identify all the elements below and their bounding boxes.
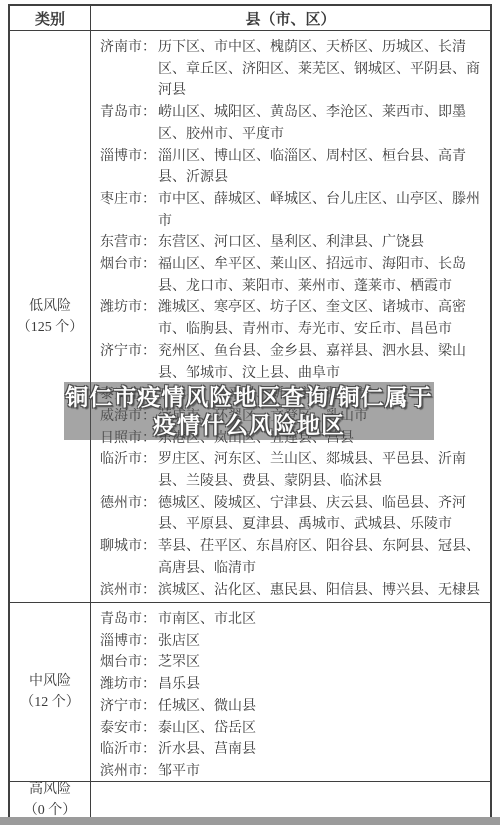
city-row: 东营市：东营区、河口区、垦利区、利津县、广饶县 [100, 232, 484, 254]
city-name: 枣庄市： [100, 189, 158, 211]
watermark-overlay: 铜仁市疫情风险地区查询/铜仁属于 疫情什么风险地区 [64, 382, 434, 440]
city-row: 枣庄市：市中区、薛城区、峄城区、台儿庄区、山亭区、滕州市 [100, 189, 484, 232]
city-row: 青岛市：市南区、市北区 [100, 609, 484, 631]
county-list: 芝罘区 [158, 652, 484, 674]
county-list: 淄川区、博山区、临淄区、周村区、桓台县、高青县、沂源县 [158, 146, 484, 189]
watermark-line-2: 疫情什么风险地区 [153, 411, 345, 439]
county-rows-low: 济南市：历下区、市中区、槐荫区、天桥区、历城区、长清区、章丘区、济阳区、莱芜区、… [91, 31, 490, 602]
city-name: 青岛市： [100, 609, 158, 631]
county-list: 潍城区、寒亭区、坊子区、奎文区、诸城市、高密市、临朐县、青州市、寿光市、安丘市、… [158, 297, 484, 340]
city-row: 济宁市：任城区、微山县 [100, 696, 484, 718]
risk-level-name: 中风险 [29, 671, 71, 692]
city-row: 潍坊市：潍城区、寒亭区、坊子区、奎文区、诸城市、高密市、临朐县、青州市、寿光市、… [100, 297, 484, 340]
risk-level-count: （12 个） [20, 692, 80, 713]
risk-level-label-low: 低风险（125 个） [10, 31, 91, 602]
county-list: 市南区、市北区 [158, 609, 484, 631]
city-name: 泰安市： [100, 718, 158, 740]
watermark-line-1: 铜仁市疫情风险地区查询/铜仁属于 [65, 383, 432, 411]
county-list: 福山区、牟平区、莱山区、招远市、海阳市、长岛县、龙口市、莱阳市、莱州市、蓬莱市、… [158, 254, 484, 297]
city-row: 烟台市：福山区、牟平区、莱山区、招远市、海阳市、长岛县、龙口市、莱阳市、莱州市、… [100, 254, 484, 297]
city-name: 滨州市： [100, 761, 158, 782]
county-list: 张店区 [158, 631, 484, 653]
city-row: 济南市：历下区、市中区、槐荫区、天桥区、历城区、长清区、章丘区、济阳区、莱芜区、… [100, 37, 484, 102]
city-row: 临沂市：沂水县、莒南县 [100, 739, 484, 761]
header-category: 类别 [10, 6, 91, 30]
risk-level-name: 高风险 [29, 782, 71, 800]
city-name: 青岛市： [100, 102, 158, 124]
risk-level-label-high: 高风险（0 个） [10, 782, 91, 817]
city-name: 烟台市： [100, 652, 158, 674]
city-name: 潍坊市： [100, 297, 158, 319]
city-row: 潍坊市：昌乐县 [100, 674, 484, 696]
city-name: 德州市： [100, 493, 158, 515]
city-row: 淄博市：淄川区、博山区、临淄区、周村区、桓台县、高青县、沂源县 [100, 146, 484, 189]
city-name: 滨州市： [100, 580, 158, 602]
risk-level-count: （0 个） [24, 800, 77, 818]
county-list: 沂水县、莒南县 [158, 739, 484, 761]
city-row: 烟台市：芝罘区 [100, 652, 484, 674]
risk-level-count: （125 个） [17, 317, 84, 338]
city-name: 临沂市： [100, 739, 158, 761]
county-list: 昌乐县 [158, 674, 484, 696]
city-row: 滨州市：邹平市 [100, 761, 484, 782]
city-name: 淄博市： [100, 146, 158, 168]
photo-edge-strip [0, 817, 500, 825]
county-list: 兖州区、鱼台县、金乡县、嘉祥县、泗水县、梁山县、邹城市、汶上县、曲阜市 [158, 341, 484, 384]
city-name: 东营市： [100, 232, 158, 254]
county-list: 邹平市 [158, 761, 484, 782]
county-list: 莘县、茌平区、东昌府区、阳谷县、东阿县、冠县、高唐县、临清市 [158, 536, 484, 579]
city-row: 泰安市：泰山区、岱岳区 [100, 718, 484, 740]
city-name: 潍坊市： [100, 674, 158, 696]
county-rows-mid: 青岛市：市南区、市北区淄博市：张店区烟台市：芝罘区潍坊市：昌乐县济宁市：任城区、… [91, 603, 490, 781]
city-row: 淄博市：张店区 [100, 631, 484, 653]
county-list: 历下区、市中区、槐荫区、天桥区、历城区、长清区、章丘区、济阳区、莱芜区、钢城区、… [158, 37, 484, 102]
risk-section-low: 低风险（125 个）济南市：历下区、市中区、槐荫区、天桥区、历城区、长清区、章丘… [10, 31, 490, 603]
risk-section-high: 高风险（0 个） [10, 782, 490, 817]
city-name: 临沂市： [100, 449, 158, 471]
city-row: 滨州市：滨城区、沾化区、惠民县、阳信县、博兴县、无棣县 [100, 580, 484, 602]
county-list: 东营区、河口区、垦利区、利津县、广饶县 [158, 232, 484, 254]
county-rows-high [91, 782, 490, 817]
city-name: 烟台市： [100, 254, 158, 276]
city-row: 济宁市：兖州区、鱼台县、金乡县、嘉祥县、泗水县、梁山县、邹城市、汶上县、曲阜市 [100, 341, 484, 384]
risk-section-mid: 中风险（12 个）青岛市：市南区、市北区淄博市：张店区烟台市：芝罘区潍坊市：昌乐… [10, 603, 490, 782]
county-list: 德城区、陵城区、宁津县、庆云县、临邑县、齐河县、平原县、夏津县、禹城市、武城县、… [158, 493, 484, 536]
county-list: 任城区、微山县 [158, 696, 484, 718]
county-list: 市中区、薛城区、峄城区、台儿庄区、山亭区、滕州市 [158, 189, 484, 232]
county-list: 罗庄区、河东区、兰山区、郯城县、平邑县、沂南县、兰陵县、费县、蒙阴县、临沭县 [158, 449, 484, 492]
county-list: 泰山区、岱岳区 [158, 718, 484, 740]
city-row: 聊城市：莘县、茌平区、东昌府区、阳谷县、东阿县、冠县、高唐县、临清市 [100, 536, 484, 579]
city-name: 济宁市： [100, 696, 158, 718]
header-region: 县（市、区） [91, 8, 490, 29]
city-row: 德州市：德城区、陵城区、宁津县、庆云县、临邑县、齐河县、平原县、夏津县、禹城市、… [100, 493, 484, 536]
city-name: 淄博市： [100, 631, 158, 653]
table-header-row: 类别 县（市、区） [10, 6, 490, 31]
county-list: 崂山区、城阳区、黄岛区、李沧区、莱西市、即墨区、胶州市、平度市 [158, 102, 484, 145]
city-row: 临沂市：罗庄区、河东区、兰山区、郯城县、平邑县、沂南县、兰陵县、费县、蒙阴县、临… [100, 449, 484, 492]
city-name: 聊城市： [100, 536, 158, 558]
city-name: 济南市： [100, 37, 158, 59]
city-row: 青岛市：崂山区、城阳区、黄岛区、李沧区、莱西市、即墨区、胶州市、平度市 [100, 102, 484, 145]
county-list: 滨城区、沾化区、惠民县、阳信县、博兴县、无棣县 [158, 580, 484, 602]
city-name: 济宁市： [100, 341, 158, 363]
risk-level-label-mid: 中风险（12 个） [10, 603, 91, 781]
risk-level-name: 低风险 [29, 296, 71, 317]
